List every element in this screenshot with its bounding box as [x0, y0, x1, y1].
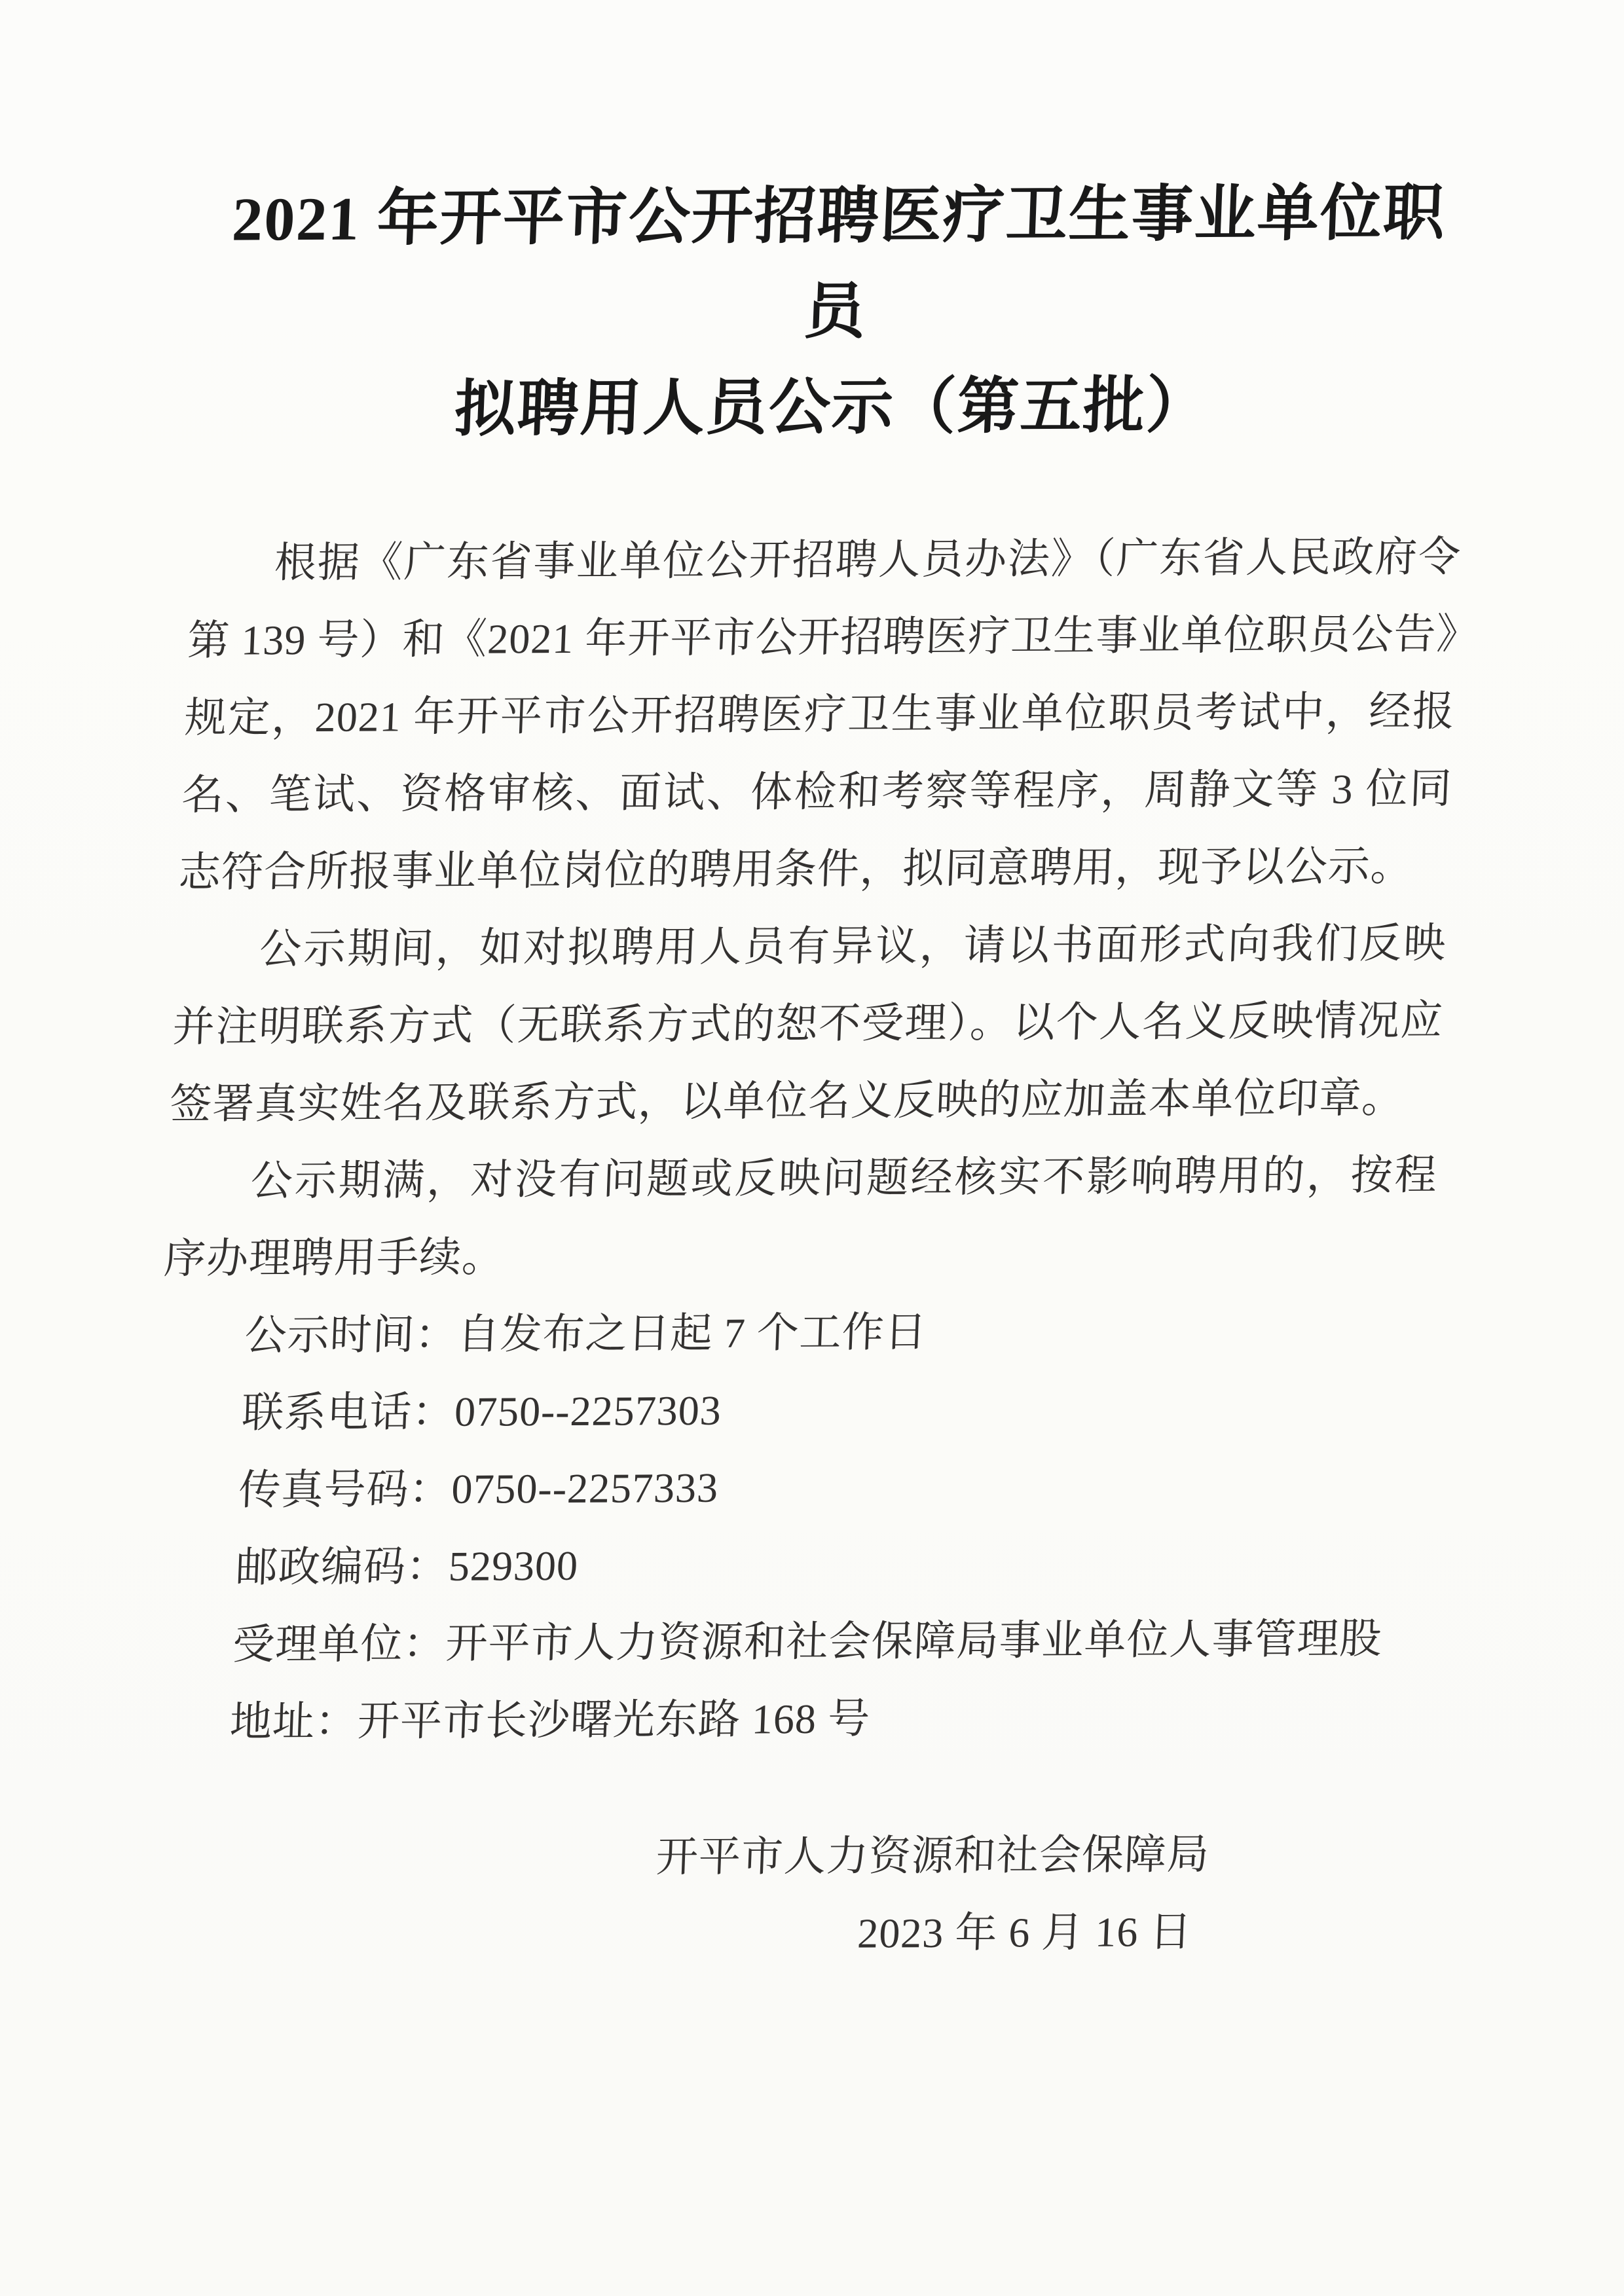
info-line-accepting-unit: 受理单位：开平市人力资源和社会保障局事业单位人事管理股 — [147, 1600, 1421, 1684]
info-value-fax: 0750--2257333 — [451, 1465, 719, 1512]
info-separator: ： — [408, 1466, 452, 1512]
info-separator: ： — [405, 1543, 450, 1590]
info-line-fax: 传真号码：0750--2257333 — [153, 1446, 1427, 1529]
document-body: 根据《广东省事业单位公开招聘人员办法》（广东省人民政府令第 139 号）和《20… — [145, 519, 1463, 1762]
info-separator: ： — [402, 1620, 447, 1667]
info-label-accepting-unit: 受理单位 — [232, 1620, 404, 1667]
info-label-phone: 联系电话 — [241, 1389, 413, 1436]
info-value-phone: 0750--2257303 — [454, 1387, 722, 1435]
info-line-phone: 联系电话：0750--2257303 — [157, 1368, 1430, 1452]
info-value-address: 开平市长沙曙光东路 168 号 — [357, 1696, 872, 1745]
paragraph-procedure: 公示期满，对没有问题或反映问题经核实不影响聘用的，按程序办理聘用手续。 — [162, 1137, 1439, 1298]
document-title: 2021 年开平市公开招聘医疗卫生事业单位职员 拟聘用人员公示（第五批） — [194, 166, 1476, 459]
info-label-fax: 传真号码 — [238, 1466, 410, 1513]
signature-block: 开平市人力资源和社会保障局 2023 年 6 月 16 日 — [652, 1816, 1211, 1973]
info-value-accepting-unit: 开平市人力资源和社会保障局事业单位人事管理股 — [445, 1615, 1383, 1667]
info-separator: ： — [414, 1311, 458, 1358]
info-line-postcode: 邮政编码：529300 — [151, 1523, 1424, 1607]
paragraph-basis: 根据《广东省事业单位公开招聘人员办法》（广东省人民政府令第 139 号）和《20… — [177, 519, 1463, 911]
paragraph-objection: 公示期间，如对拟聘用人员有异议，请以书面形式向我们反映并注明联系方式（无联系方式… — [168, 905, 1448, 1143]
info-label-address: 地址 — [229, 1698, 316, 1745]
scanned-document-page: 2021 年开平市公开招聘医疗卫生事业单位职员 拟聘用人员公示（第五批） 根据《… — [0, 0, 1624, 2296]
info-label-postcode: 邮政编码 — [235, 1543, 407, 1590]
info-line-publicity-period: 公示时间：自发布之日起 7 个工作日 — [159, 1291, 1433, 1375]
document-title-line-2: 拟聘用人员公示（第五批） — [194, 357, 1469, 459]
document-content: 2021 年开平市公开招聘医疗卫生事业单位职员 拟聘用人员公示（第五批） 根据《… — [0, 0, 1624, 2296]
signature-date: 2023 年 6 月 16 日 — [747, 1893, 1303, 1973]
document-title-line-1: 2021 年开平市公开招聘医疗卫生事业单位职员 — [198, 166, 1476, 363]
info-separator: ： — [314, 1698, 359, 1745]
signature-org: 开平市人力资源和社会保障局 — [655, 1816, 1211, 1896]
info-value-postcode: 529300 — [448, 1542, 580, 1590]
info-label-publicity-period: 公示时间 — [244, 1311, 416, 1358]
info-separator: ： — [411, 1389, 456, 1435]
info-value-publicity-period: 自发布之日起 7 个工作日 — [456, 1309, 928, 1358]
info-line-address: 地址：开平市长沙曙光东路 168 号 — [145, 1677, 1418, 1761]
